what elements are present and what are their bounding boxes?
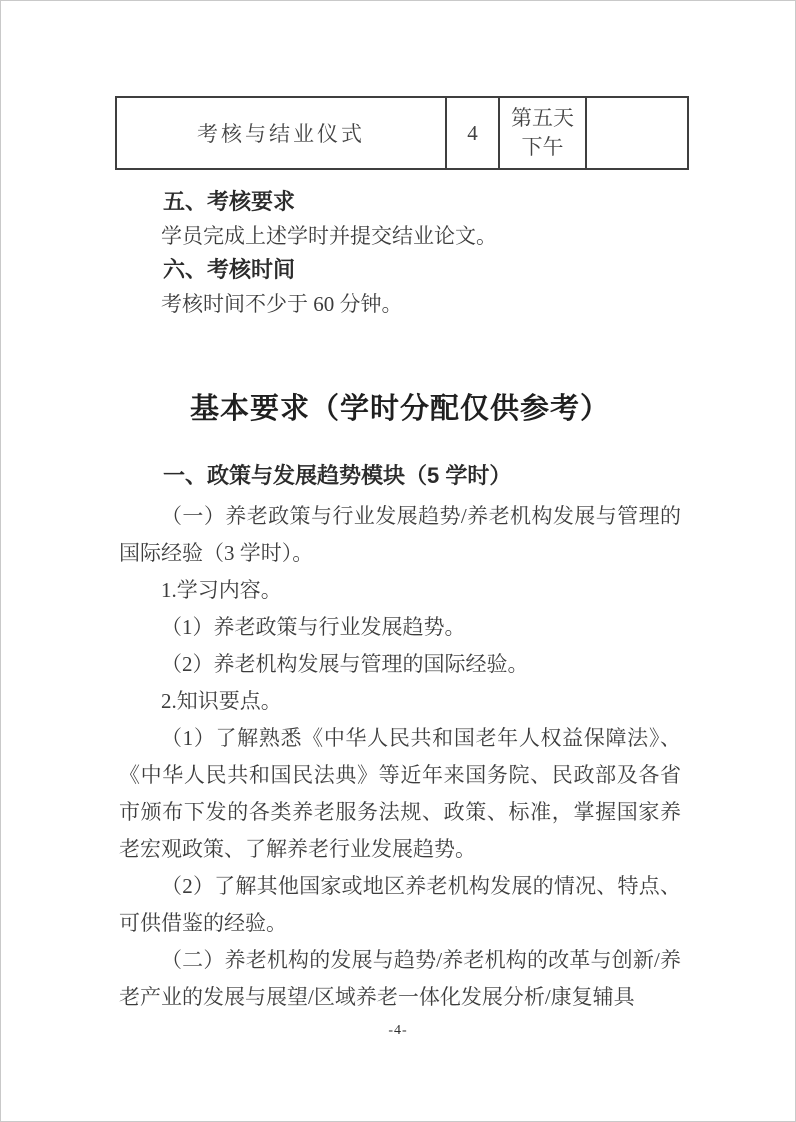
assessment-requirements-text: 学员完成上述学时并提交结业论文。 [119, 218, 681, 254]
document-title: 基本要求（学时分配仅供参考） [119, 386, 681, 432]
document-page: 考核与结业仪式 4 第五天 下午 五、考核要求 学员完成上述学时并提交结业论文。… [0, 0, 796, 1122]
hours-cell: 4 [446, 97, 499, 169]
page-content: 考核与结业仪式 4 第五天 下午 五、考核要求 学员完成上述学时并提交结业论文。… [1, 96, 795, 1016]
activity-cell: 考核与结业仪式 [116, 97, 446, 169]
table-row: 考核与结业仪式 4 第五天 下午 [116, 97, 688, 169]
assessment-requirements-heading: 五、考核要求 [119, 186, 681, 218]
module-heading: 一、政策与发展趋势模块（5 学时） [119, 460, 681, 492]
body-paragraph: （一）养老政策与行业发展趋势/养老机构发展与管理的国际经验（3 学时）。 [119, 498, 681, 572]
body-paragraph: （2）了解其他国家或地区养老机构发展的情况、特点、可供借鉴的经验。 [119, 868, 681, 942]
body-paragraph: （2）养老机构发展与管理的国际经验。 [119, 646, 681, 683]
page-number: -4- [1, 1023, 795, 1039]
note-cell [586, 97, 688, 169]
body-paragraph: （1）了解熟悉《中华人民共和国老年人权益保障法》、《中华人民共和国民法典》等近年… [119, 720, 681, 868]
schedule-table: 考核与结业仪式 4 第五天 下午 [115, 96, 689, 170]
module-body: （一）养老政策与行业发展趋势/养老机构发展与管理的国际经验（3 学时）。 1.学… [119, 498, 681, 1016]
body-paragraph: 2.知识要点。 [119, 683, 681, 720]
time-cell: 第五天 下午 [499, 97, 586, 169]
time-line-2: 下午 [500, 133, 585, 162]
assessment-time-heading: 六、考核时间 [119, 254, 681, 286]
body-paragraph: 1.学习内容。 [119, 572, 681, 609]
body-paragraph: （二）养老机构的发展与趋势/养老机构的改革与创新/养老产业的发展与展望/区域养老… [119, 942, 681, 1016]
body-paragraph: （1）养老政策与行业发展趋势。 [119, 609, 681, 646]
time-line-1: 第五天 [500, 104, 585, 133]
assessment-time-text: 考核时间不少于 60 分钟。 [119, 286, 681, 322]
